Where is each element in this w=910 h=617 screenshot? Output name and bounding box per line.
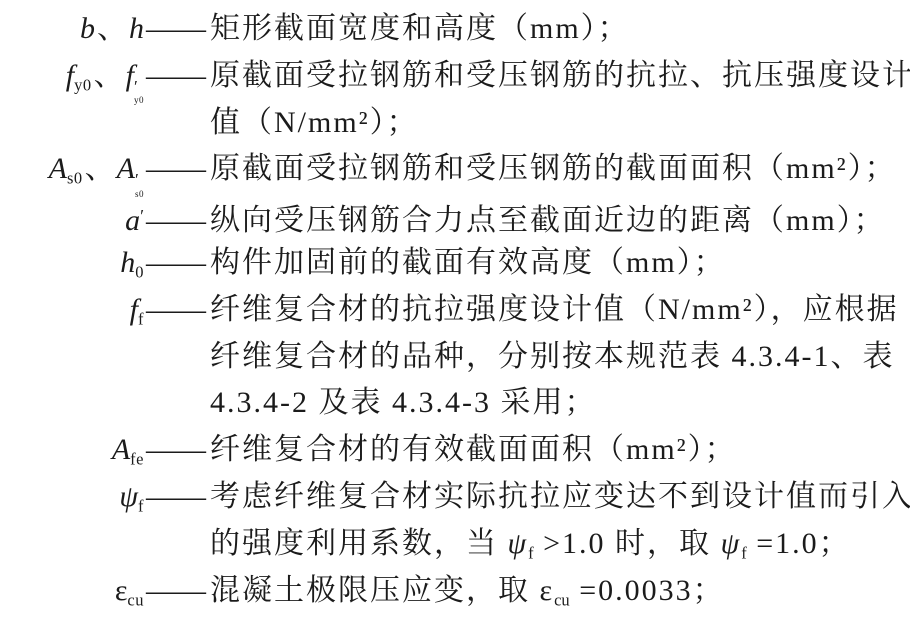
- symbol-separator: 、: [95, 12, 129, 45]
- definition-text: 4.3.4-2 及表 4.3.4-3 采用；: [210, 380, 910, 427]
- prime-mark: ′: [134, 78, 138, 96]
- definition-row-continuation: 的强度利用系数，当 ψf >1.0 时，取 ψf =1.0；: [0, 521, 910, 568]
- definition-dash: ——: [146, 53, 210, 100]
- symbol-base: f: [66, 59, 74, 92]
- definition-row-h0: h0 —— 构件加固前的截面有效高度（mm）；: [0, 240, 910, 287]
- definition-dash: ——: [146, 474, 210, 521]
- definition-text: 原截面受拉钢筋和受压钢筋的截面面积（mm²）；: [210, 146, 910, 193]
- prime-subscript-stack: ′y0: [134, 78, 144, 105]
- symbol-subscript: cu: [127, 590, 144, 609]
- symbol-cell: b、h: [0, 6, 146, 53]
- symbol-cell: Afe: [0, 427, 146, 474]
- definition-dash: ——: [146, 240, 210, 287]
- inline-symbol-psi: ψ: [508, 527, 529, 560]
- symbol-subscript: fe: [130, 449, 144, 468]
- symbol-cell: ψf: [0, 474, 146, 521]
- text-segment: =0.0033；: [570, 574, 725, 607]
- symbol-cell: As0、A′s0: [0, 146, 146, 198]
- prime-mark: ′: [140, 206, 144, 226]
- text-segment: >1.0 时，取: [534, 527, 721, 560]
- symbol-base: f: [126, 59, 134, 92]
- definition-text: 纵向受压钢筋合力点至截面近边的距离（mm）；: [210, 198, 910, 245]
- definition-text: 纤维复合材的抗拉强度设计值（N/mm²），应根据: [210, 287, 910, 334]
- symbol-base-psi: ψ: [119, 480, 138, 513]
- definition-text: 纤维复合材的有效截面面积（mm²）；: [210, 427, 910, 474]
- symbol-base: f: [130, 293, 138, 326]
- definition-row-as0: As0、A′s0 —— 原截面受拉钢筋和受压钢筋的截面面积（mm²）；: [0, 146, 910, 193]
- prime-mark: ′: [135, 171, 139, 189]
- symbol-separator: 、: [83, 152, 117, 185]
- symbol-base: A: [49, 152, 67, 185]
- symbol-cell: ff: [0, 287, 146, 334]
- definition-dash: ——: [146, 427, 210, 474]
- definition-dash: ——: [146, 287, 210, 334]
- symbol-cell: h0: [0, 240, 146, 287]
- definition-row-continuation: 纤维复合材的品种，分别按本规范表 4.3.4-1、表: [0, 334, 910, 381]
- symbol-subscript: f: [138, 496, 144, 515]
- definition-dash: ——: [146, 568, 210, 615]
- definition-row-afe: Afe —— 纤维复合材的有效截面面积（mm²）；: [0, 427, 910, 474]
- definition-text: 原截面受拉钢筋和受压钢筋的抗拉、抗压强度设计: [210, 53, 910, 100]
- text-segment: 的强度利用系数，当: [210, 527, 508, 560]
- text-segment: 混凝土极限压应变，取: [210, 574, 540, 607]
- symbol-base: A: [117, 152, 135, 185]
- definition-text: 的强度利用系数，当 ψf >1.0 时，取 ψf =1.0；: [210, 521, 910, 568]
- inline-symbol-epsilon: ε: [540, 574, 555, 607]
- definition-text: 值（N/mm²）；: [210, 100, 910, 147]
- definition-row-epsilon-cu: εcu —— 混凝土极限压应变，取 εcu =0.0033；: [0, 568, 910, 615]
- symbol-base: a: [125, 204, 140, 237]
- symbol-subscript: y0: [134, 96, 144, 105]
- symbol-cell: a′: [0, 193, 146, 245]
- definition-text: 混凝土极限压应变，取 εcu =0.0033；: [210, 568, 910, 615]
- definition-row-a-prime: a′ —— 纵向受压钢筋合力点至截面近边的距离（mm）；: [0, 193, 910, 240]
- definition-text: 构件加固前的截面有效高度（mm）；: [210, 240, 910, 287]
- definition-row-continuation: 4.3.4-2 及表 4.3.4-3 采用；: [0, 380, 910, 427]
- definition-text: 考虑纤维复合材实际抗拉应变达不到设计值而引入: [210, 474, 910, 521]
- symbol-base: h: [129, 12, 144, 45]
- symbol-subscript: y0: [74, 75, 92, 94]
- symbol-base: A: [112, 433, 130, 466]
- definition-text: 纤维复合材的品种，分别按本规范表 4.3.4-1、表: [210, 334, 910, 381]
- symbol-base: h: [120, 246, 135, 279]
- symbol-subscript: s0: [67, 169, 83, 188]
- definition-row-fy0: fy0、f′y0 —— 原截面受拉钢筋和受压钢筋的抗拉、抗压强度设计: [0, 53, 910, 100]
- definition-row-continuation: 值（N/mm²）；: [0, 100, 910, 147]
- definition-dash: ——: [146, 6, 210, 53]
- definition-dash: ——: [146, 146, 210, 193]
- definition-text: 矩形截面宽度和高度（mm）；: [210, 6, 910, 53]
- text-segment: =1.0；: [747, 527, 851, 560]
- symbol-cell: fy0、f′y0: [0, 53, 146, 105]
- symbol-subscript: f: [138, 309, 144, 328]
- inline-symbol-psi: ψ: [721, 527, 742, 560]
- definition-dash: ——: [146, 198, 210, 245]
- symbol-separator: 、: [92, 59, 126, 92]
- definition-row-psi-f: ψf —— 考虑纤维复合材实际抗拉应变达不到设计值而引入: [0, 474, 910, 521]
- inline-subscript: cu: [554, 590, 570, 609]
- symbol-cell: εcu: [0, 568, 146, 615]
- definition-row-ff: ff —— 纤维复合材的抗拉强度设计值（N/mm²），应根据: [0, 287, 910, 334]
- symbol-base-epsilon: ε: [115, 574, 128, 607]
- symbol-subscript: 0: [135, 262, 144, 281]
- definition-row-b-h: b、h —— 矩形截面宽度和高度（mm）；: [0, 6, 910, 53]
- document-page: b、h —— 矩形截面宽度和高度（mm）； fy0、f′y0 —— 原截面受拉钢…: [0, 0, 910, 614]
- symbol-base: b: [80, 12, 95, 45]
